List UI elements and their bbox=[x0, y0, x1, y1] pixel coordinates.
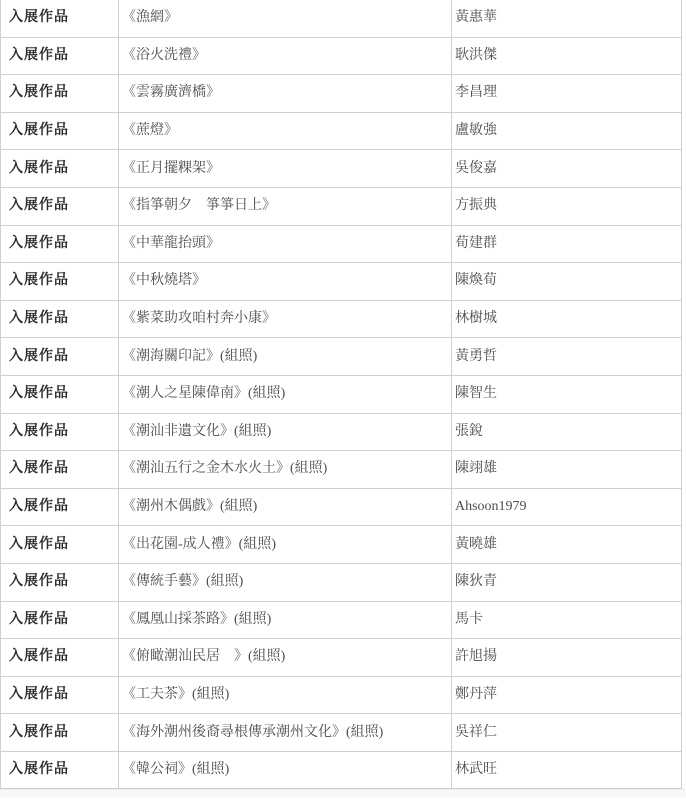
category-cell: 入展作品 bbox=[1, 150, 119, 188]
author-cell: 鄭丹萍 bbox=[452, 676, 682, 714]
title-cell: 《潮人之星陳偉南》(組照) bbox=[119, 375, 452, 413]
category-cell: 入展作品 bbox=[1, 714, 119, 752]
author-cell: 黃惠華 bbox=[452, 0, 682, 37]
table-row: 入展作品《鳳凰山採茶路》(組照)馬卡 bbox=[1, 601, 682, 639]
author-cell: 李昌理 bbox=[452, 75, 682, 113]
works-table-body: 入展作品《漁網》黃惠華入展作品《浴火洗禮》耿洪傑入展作品《雲霧廣濟橋》李昌理入展… bbox=[1, 0, 682, 789]
table-row: 入展作品《傳統手藝》(組照)陳狄青 bbox=[1, 563, 682, 601]
author-cell: 吳祥仁 bbox=[452, 714, 682, 752]
author-cell: 盧敏強 bbox=[452, 112, 682, 150]
title-cell: 《鳳凰山採茶路》(組照) bbox=[119, 601, 452, 639]
table-row: 入展作品《中華龍抬頭》荀建群 bbox=[1, 225, 682, 263]
title-cell: 《中秋燒塔》 bbox=[119, 263, 452, 301]
table-row: 入展作品《潮人之星陳偉南》(組照)陳智生 bbox=[1, 375, 682, 413]
category-cell: 入展作品 bbox=[1, 37, 119, 75]
category-cell: 入展作品 bbox=[1, 187, 119, 225]
author-cell: 馬卡 bbox=[452, 601, 682, 639]
category-cell: 入展作品 bbox=[1, 751, 119, 789]
author-cell: 陳煥荀 bbox=[452, 263, 682, 301]
title-cell: 《紫菜助攻咱村奔小康》 bbox=[119, 300, 452, 338]
title-cell: 《蔗燈》 bbox=[119, 112, 452, 150]
table-row: 入展作品《正月擺粿架》吳俊嘉 bbox=[1, 150, 682, 188]
category-cell: 入展作品 bbox=[1, 0, 119, 37]
title-cell: 《出花園-成人禮》(組照) bbox=[119, 526, 452, 564]
author-cell: 陳翊雄 bbox=[452, 451, 682, 489]
title-cell: 《俯瞰潮汕民居 》(組照) bbox=[119, 639, 452, 677]
title-cell: 《韓公祠》(組照) bbox=[119, 751, 452, 789]
title-cell: 《浴火洗禮》 bbox=[119, 37, 452, 75]
title-cell: 《潮汕非遺文化》(組照) bbox=[119, 413, 452, 451]
works-table: 入展作品《漁網》黃惠華入展作品《浴火洗禮》耿洪傑入展作品《雲霧廣濟橋》李昌理入展… bbox=[0, 0, 682, 789]
title-cell: 《中華龍抬頭》 bbox=[119, 225, 452, 263]
author-cell: 陳狄青 bbox=[452, 563, 682, 601]
category-cell: 入展作品 bbox=[1, 263, 119, 301]
table-row: 入展作品《指箏朝夕 箏箏日上》方振典 bbox=[1, 187, 682, 225]
table-row: 入展作品《潮汕非遺文化》(組照)張銳 bbox=[1, 413, 682, 451]
table-row: 入展作品《雲霧廣濟橋》李昌理 bbox=[1, 75, 682, 113]
author-cell: 林武旺 bbox=[452, 751, 682, 789]
table-row: 入展作品《漁網》黃惠華 bbox=[1, 0, 682, 37]
title-cell: 《傳統手藝》(組照) bbox=[119, 563, 452, 601]
table-row: 入展作品《俯瞰潮汕民居 》(組照)許旭揚 bbox=[1, 639, 682, 677]
category-cell: 入展作品 bbox=[1, 225, 119, 263]
category-cell: 入展作品 bbox=[1, 413, 119, 451]
category-cell: 入展作品 bbox=[1, 451, 119, 489]
category-cell: 入展作品 bbox=[1, 563, 119, 601]
author-cell: Ahsoon1979 bbox=[452, 488, 682, 526]
page-bottom-strip bbox=[0, 789, 686, 798]
table-row: 入展作品《工夫茶》(組照)鄭丹萍 bbox=[1, 676, 682, 714]
table-row: 入展作品《蔗燈》盧敏強 bbox=[1, 112, 682, 150]
table-row: 入展作品《出花園-成人禮》(組照)黃曉雄 bbox=[1, 526, 682, 564]
category-cell: 入展作品 bbox=[1, 338, 119, 376]
title-cell: 《工夫茶》(組照) bbox=[119, 676, 452, 714]
category-cell: 入展作品 bbox=[1, 75, 119, 113]
author-cell: 許旭揚 bbox=[452, 639, 682, 677]
author-cell: 吳俊嘉 bbox=[452, 150, 682, 188]
table-row: 入展作品《韓公祠》(組照)林武旺 bbox=[1, 751, 682, 789]
author-cell: 黃勇哲 bbox=[452, 338, 682, 376]
category-cell: 入展作品 bbox=[1, 375, 119, 413]
title-cell: 《正月擺粿架》 bbox=[119, 150, 452, 188]
table-row: 入展作品《潮海關印記》(組照)黃勇哲 bbox=[1, 338, 682, 376]
category-cell: 入展作品 bbox=[1, 676, 119, 714]
category-cell: 入展作品 bbox=[1, 300, 119, 338]
category-cell: 入展作品 bbox=[1, 601, 119, 639]
table-row: 入展作品《浴火洗禮》耿洪傑 bbox=[1, 37, 682, 75]
category-cell: 入展作品 bbox=[1, 639, 119, 677]
title-cell: 《潮汕五行之金木水火土》(組照) bbox=[119, 451, 452, 489]
category-cell: 入展作品 bbox=[1, 526, 119, 564]
author-cell: 荀建群 bbox=[452, 225, 682, 263]
table-row: 入展作品《中秋燒塔》陳煥荀 bbox=[1, 263, 682, 301]
table-row: 入展作品《潮州木偶戲》(組照)Ahsoon1979 bbox=[1, 488, 682, 526]
table-row: 入展作品《潮汕五行之金木水火土》(組照)陳翊雄 bbox=[1, 451, 682, 489]
author-cell: 黃曉雄 bbox=[452, 526, 682, 564]
category-cell: 入展作品 bbox=[1, 488, 119, 526]
title-cell: 《海外潮州後裔尋根傳承潮州文化》(組照) bbox=[119, 714, 452, 752]
title-cell: 《指箏朝夕 箏箏日上》 bbox=[119, 187, 452, 225]
author-cell: 耿洪傑 bbox=[452, 37, 682, 75]
title-cell: 《潮州木偶戲》(組照) bbox=[119, 488, 452, 526]
table-row: 入展作品《海外潮州後裔尋根傳承潮州文化》(組照)吳祥仁 bbox=[1, 714, 682, 752]
author-cell: 林樹城 bbox=[452, 300, 682, 338]
category-cell: 入展作品 bbox=[1, 112, 119, 150]
author-cell: 方振典 bbox=[452, 187, 682, 225]
title-cell: 《潮海關印記》(組照) bbox=[119, 338, 452, 376]
author-cell: 陳智生 bbox=[452, 375, 682, 413]
title-cell: 《雲霧廣濟橋》 bbox=[119, 75, 452, 113]
title-cell: 《漁網》 bbox=[119, 0, 452, 37]
author-cell: 張銳 bbox=[452, 413, 682, 451]
table-row: 入展作品《紫菜助攻咱村奔小康》林樹城 bbox=[1, 300, 682, 338]
